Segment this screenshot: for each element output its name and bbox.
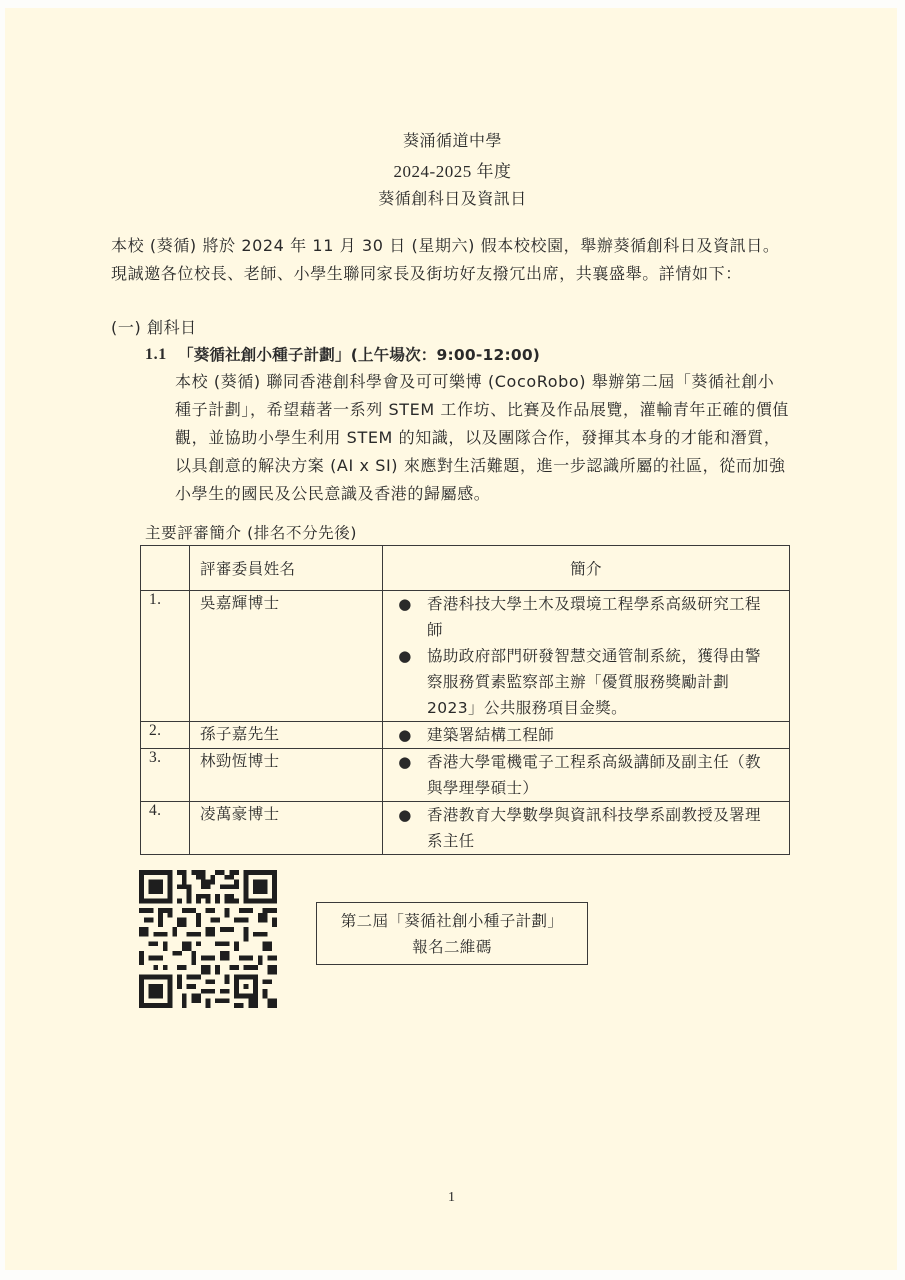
table-row: 2. 孫子嘉先生 ● 建築署結構工程師	[141, 722, 790, 749]
bullet-icon: ●	[383, 749, 427, 801]
row-number: 1.	[141, 591, 190, 722]
judge-description: ● 香港科技大學土木及環境工程學系高級研究工程 師 ● 協助政府部門研發智慧交通…	[383, 591, 790, 722]
judges-caption: 主要評審簡介 (排名不分先後)	[145, 519, 357, 547]
qr-caption-line-2: 報名二維碼	[317, 934, 587, 960]
bullet-text: 與學理學碩士）	[427, 775, 775, 801]
table-row: 1. 吳嘉輝博士 ● 香港科技大學土木及環境工程學系高級研究工程 師 ● 協助政…	[141, 591, 790, 722]
judge-name: 孫子嘉先生	[190, 722, 383, 749]
bullet-text: 香港教育大學數學與資訊科技學系副教授及署理	[427, 802, 775, 828]
row-number: 4.	[141, 802, 190, 855]
bullet-text: 香港科技大學土木及環境工程學系高級研究工程	[427, 591, 775, 617]
body-line: 以具創意的解決方案 (AI x SI) 來應對生活難題，進一步認識所屬的社區，從…	[175, 452, 786, 480]
school-name: 葵涌循道中學	[0, 128, 905, 151]
intro-line-2: 現誠邀各位校長、老師、小學生聯同家長及街坊好友撥冗出席，共襄盛舉。詳情如下：	[111, 260, 742, 288]
judge-description: ● 建築署結構工程師	[383, 722, 790, 749]
qr-code-icon[interactable]	[139, 870, 277, 1008]
qr-caption-box: 第二屆「葵循社創小種子計劃」 報名二維碼	[316, 902, 588, 965]
bullet-item: ● 香港大學電機電子工程系高級講師及副主任（教 與學理學碩士）	[383, 749, 789, 801]
item-number: 1.1	[145, 341, 167, 369]
bullet-icon: ●	[383, 591, 427, 643]
bullet-item: ● 香港教育大學數學與資訊科技學系副教授及署理 系主任	[383, 802, 789, 854]
bullet-text: 協助政府部門研發智慧交通管制系統，獲得由警	[427, 643, 775, 669]
intro-line-1: 本校 (葵循) 將於 2024 年 11 月 30 日 (星期六) 假本校校園，…	[111, 232, 779, 260]
academic-year: 2024-2025 年度	[0, 157, 905, 182]
body-line: 種子計劃」，希望藉著一系列 STEM 工作坊、比賽及作品展覽，灌輸青年正確的價值	[175, 396, 789, 424]
bullet-icon: ●	[383, 722, 427, 748]
bullet-text: 香港大學電機電子工程系高級講師及副主任（教	[427, 749, 775, 775]
judge-description: ● 香港大學電機電子工程系高級講師及副主任（教 與學理學碩士）	[383, 749, 790, 802]
bullet-text: 系主任	[427, 828, 775, 854]
judge-name: 吳嘉輝博士	[190, 591, 383, 722]
body-line: 本校 (葵循) 聯同香港創科學會及可可樂博 (CocoRobo) 舉辦第二屆「葵…	[175, 368, 774, 396]
bullet-item: ● 協助政府部門研發智慧交通管制系統，獲得由警 察服務質素監察部主辦「優質服務獎…	[383, 643, 789, 721]
qr-caption-line-1: 第二屆「葵循社創小種子計劃」	[317, 908, 587, 934]
judge-name: 林勁恆博士	[190, 749, 383, 802]
bullet-text: 2023」公共服務項目金獎。	[427, 695, 775, 721]
judge-description: ● 香港教育大學數學與資訊科技學系副教授及署理 系主任	[383, 802, 790, 855]
table-row: 3. 林勁恆博士 ● 香港大學電機電子工程系高級講師及副主任（教 與學理學碩士）	[141, 749, 790, 802]
body-line: 觀，並協助小學生利用 STEM 的知識，以及團隊合作，發揮其本身的才能和潛質，	[175, 424, 780, 452]
table-row: 4. 凌萬豪博士 ● 香港教育大學數學與資訊科技學系副教授及署理 系主任	[141, 802, 790, 855]
judges-table: 評審委員姓名 簡介 1. 吳嘉輝博士 ● 香港科技大學土木及環境工程學系高級研究…	[140, 545, 790, 855]
section-heading: (一) 創科日	[111, 314, 197, 342]
header-number	[141, 546, 190, 591]
bullet-item: ● 建築署結構工程師	[383, 722, 789, 748]
item-title: 「葵循社創小種子計劃」(上午場次：9:00-12:00)	[178, 341, 540, 369]
judge-name: 凌萬豪博士	[190, 802, 383, 855]
header-name: 評審委員姓名	[190, 546, 383, 591]
table-header-row: 評審委員姓名 簡介	[141, 546, 790, 591]
body-line: 小學生的國民及公民意識及香港的歸屬感。	[175, 480, 490, 508]
row-number: 2.	[141, 722, 190, 749]
page-number: 1	[448, 1190, 455, 1206]
bullet-icon: ●	[383, 802, 427, 854]
bullet-text: 建築署結構工程師	[427, 722, 789, 748]
header-description: 簡介	[383, 546, 790, 591]
bullet-text: 師	[427, 617, 775, 643]
bullet-icon: ●	[383, 643, 427, 721]
row-number: 3.	[141, 749, 190, 802]
event-title: 葵循創科日及資訊日	[0, 186, 905, 209]
bullet-text: 察服務質素監察部主辦「優質服務獎勵計劃	[427, 669, 775, 695]
bullet-item: ● 香港科技大學土木及環境工程學系高級研究工程 師	[383, 591, 789, 643]
